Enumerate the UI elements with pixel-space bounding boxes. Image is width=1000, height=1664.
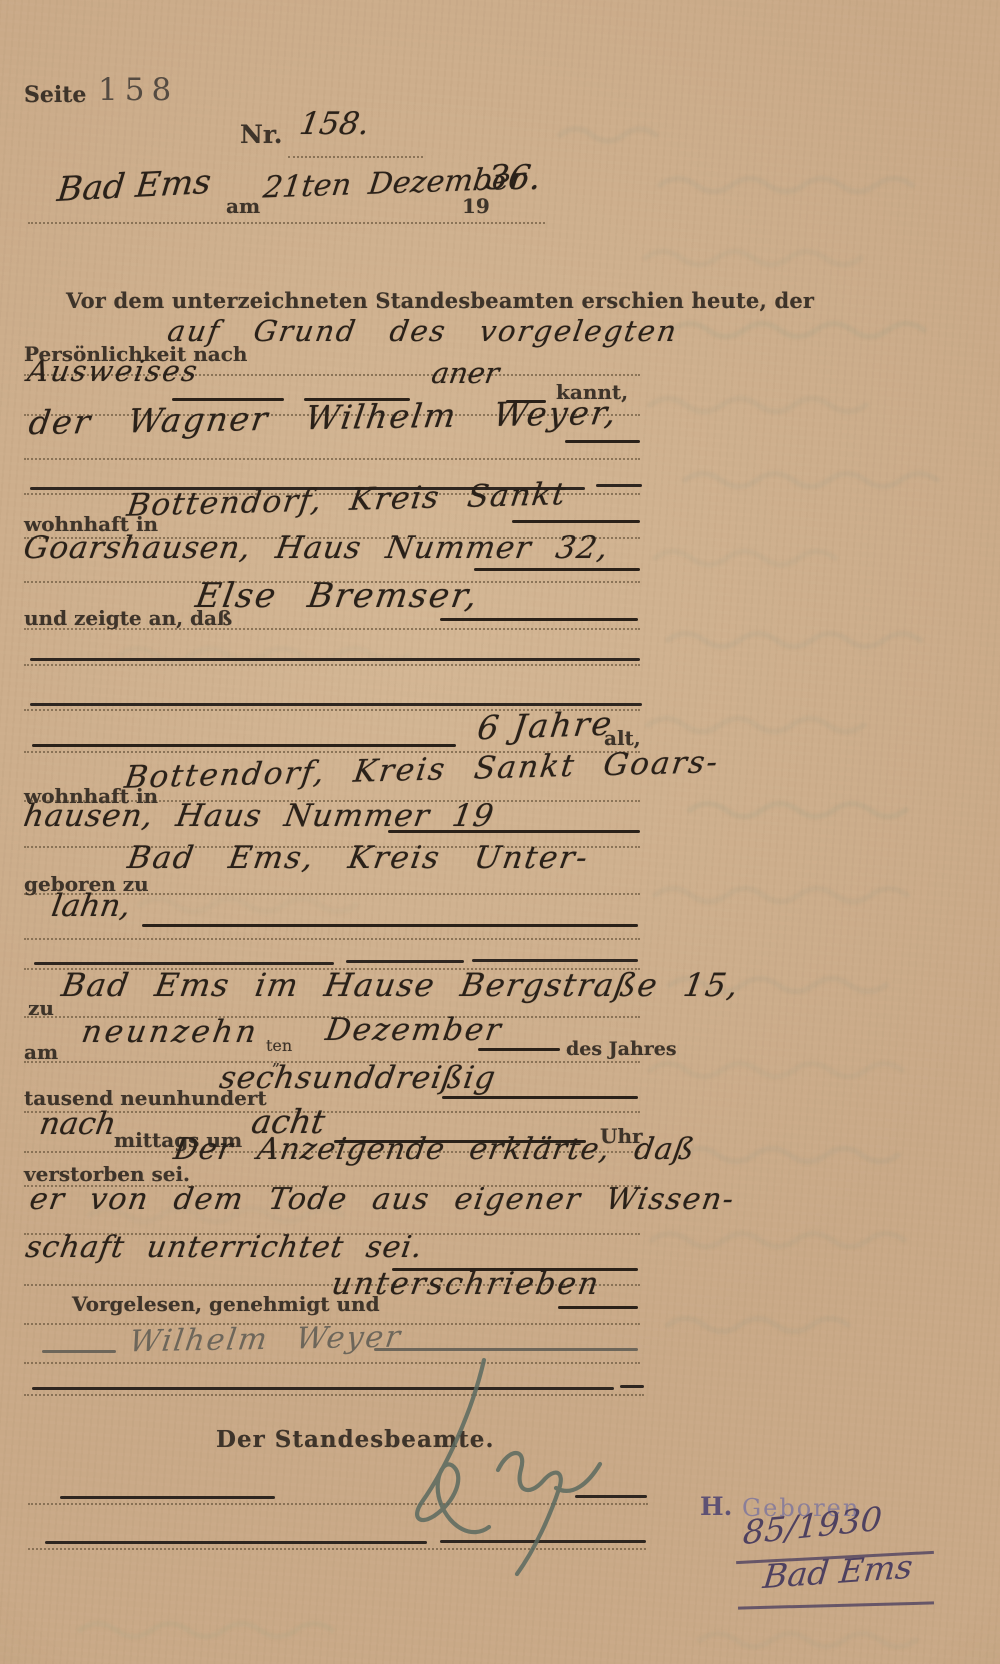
am-label: am xyxy=(226,194,260,218)
death-year-handwritten: sechsunddreißig xyxy=(217,1060,498,1096)
pen-stroke xyxy=(388,830,640,833)
ruled-solid-line xyxy=(30,658,640,661)
death-register-page: Seite 158 Nr. 158. Bad Ems am 21ten Deze… xyxy=(0,0,1000,1664)
am-label-row: am xyxy=(226,194,260,218)
place-row: Bad Ems xyxy=(58,166,210,206)
death-place-handwritten: Bad Ems im Hause Bergstraße 15, xyxy=(59,966,742,1004)
ruled-dotted-line xyxy=(28,1548,646,1550)
pen-stroke xyxy=(442,1096,638,1099)
registrar-signature xyxy=(386,1350,626,1590)
residence-line1-handwritten: Bottendorf, Kreis Sankt xyxy=(125,476,569,523)
deceased-residence-line2-handwritten: hausen, Haus Nummer 19 xyxy=(21,798,497,834)
pen-stroke xyxy=(474,568,640,571)
age-handwritten: 6 Jahre xyxy=(475,704,615,748)
birthplace-line1-row: Bad Ems, Kreis Unter- xyxy=(128,840,589,876)
identity-document-row: Ausweises xyxy=(28,354,199,388)
ruled-dotted-line xyxy=(288,156,423,158)
page-number: 158 xyxy=(98,72,178,108)
birthplace-line1-handwritten: Bad Ems, Kreis Unter- xyxy=(125,840,591,876)
ruled-dotted-line xyxy=(28,1503,648,1505)
death-day-handwritten: neunzehn xyxy=(79,1014,262,1050)
residence-line2-row: Goarshausen, Haus Nummer 32, xyxy=(24,530,608,566)
declaration-line1-handwritten: Der Anzeigende erklärte, daß xyxy=(171,1132,697,1167)
registrar-title-row: Der Standesbeamte. xyxy=(216,1426,494,1453)
ruled-dotted-line xyxy=(24,938,640,940)
stamp-underline xyxy=(738,1601,934,1609)
declarant-row: der Wagner Wilhelm Weyer, xyxy=(30,398,617,437)
death-day-row: neunzehn xyxy=(82,1014,259,1050)
year-handwritten: 36. xyxy=(484,158,544,198)
ruled-solid-line xyxy=(596,484,642,487)
place-handwritten: Bad Ems xyxy=(55,162,213,210)
declaration-line3-row: schaft unterrichtet sei. xyxy=(26,1230,423,1265)
deceased-residence-line2-row: hausen, Haus Nummer 19 xyxy=(24,798,494,834)
deceased-residence-line1-row: Bottendorf, Kreis Sankt Goars- xyxy=(126,752,718,788)
pen-stroke xyxy=(42,1350,116,1353)
declarant-signature: Wilhelm Weyer xyxy=(127,1320,404,1360)
birthplace-line2-row: lahn, xyxy=(52,888,130,924)
declaration-line2-handwritten: er von dem Tode aus eigener Wissen- xyxy=(27,1182,737,1217)
intro-row: Vor dem unterzeichneten Standesbeamten e… xyxy=(66,288,814,313)
ruled-solid-line xyxy=(575,1495,647,1498)
death-place-label-row: zu xyxy=(28,996,54,1020)
pen-stroke xyxy=(32,744,456,747)
pen-stroke xyxy=(142,924,638,927)
death-place-row: Bad Ems im Hause Bergstraße 15, xyxy=(62,966,739,1004)
page-label: Seite xyxy=(24,82,86,108)
stamp-reference-row: 85/1930 xyxy=(744,1506,881,1545)
identity-basis-row: auf Grund des vorgelegten xyxy=(168,314,678,348)
declaration-line2-row: er von dem Tode aus eigener Wissen- xyxy=(30,1182,734,1217)
time-prefix-row: nach xyxy=(40,1106,116,1142)
death-day-label: am xyxy=(24,1040,58,1064)
year-handwritten-row: 36. xyxy=(487,158,541,198)
residence-line2-handwritten: Goarshausen, Haus Nummer 32, xyxy=(21,530,611,566)
stamp-prefix-row: H. xyxy=(700,1492,732,1521)
year-label: des Jahres xyxy=(566,1038,677,1060)
deceased-name-row: Else Bremser, xyxy=(196,576,479,616)
ruled-solid-line xyxy=(45,1541,427,1544)
age-row: 6 Jahre xyxy=(478,706,613,745)
ruled-solid-line xyxy=(346,960,464,963)
ruled-dotted-line xyxy=(24,458,640,460)
residence-line1-row: Bottendorf, Kreis Sankt xyxy=(128,482,566,518)
identity-aner-row: aner xyxy=(432,356,499,390)
pen-stroke xyxy=(374,1348,638,1351)
death-month-row: Dezember xyxy=(326,1012,502,1048)
stamp-place: Bad Ems xyxy=(761,1547,914,1596)
deceased-residence-line1-handwritten: Bottendorf, Kreis Sankt Goars- xyxy=(122,744,721,795)
ruled-solid-line xyxy=(472,959,638,962)
page-number-stamp: 158 xyxy=(98,72,178,108)
deceased-name-handwritten: Else Bremser, xyxy=(193,576,482,616)
closing-handwritten-row: unterschrieben xyxy=(332,1266,600,1302)
ruled-solid-line xyxy=(60,1496,275,1499)
ruled-dotted-line xyxy=(28,222,545,224)
birthplace-line2-handwritten: lahn, xyxy=(49,888,133,924)
year-label-row: des Jahres xyxy=(566,1038,677,1060)
ruled-dotted-line xyxy=(24,1394,644,1396)
ruled-dotted-line xyxy=(24,664,640,666)
record-number-row: Nr. xyxy=(240,120,282,149)
ruled-solid-line xyxy=(440,1540,646,1543)
stamp-prefix: H. xyxy=(700,1492,732,1521)
pen-stroke xyxy=(478,1048,560,1051)
page-number-row: Seite xyxy=(24,82,86,108)
pen-stroke xyxy=(512,520,640,523)
time-prefix-handwritten: nach xyxy=(37,1106,118,1142)
death-day-label-row: am xyxy=(24,1040,58,1064)
ruled-solid-line xyxy=(32,1387,614,1390)
pen-stroke xyxy=(440,618,638,621)
declarant-signature-row: Wilhelm Weyer xyxy=(130,1322,401,1357)
death-month-handwritten: Dezember xyxy=(323,1012,505,1048)
stamp-reference: 85/1930 xyxy=(742,1499,884,1552)
pen-stroke xyxy=(558,1306,638,1309)
ruled-solid-line xyxy=(620,1385,644,1388)
ruled-solid-line xyxy=(34,962,334,965)
closing-handwritten: unterschrieben xyxy=(329,1266,603,1302)
death-place-label: zu xyxy=(28,996,54,1020)
death-year-row: sechsunddreißig xyxy=(220,1060,496,1096)
declarant-handwritten: der Wagner Wilhelm Weyer, xyxy=(26,393,620,442)
identity-basis-handwritten: auf Grund des vorgelegten xyxy=(165,314,680,348)
stamp-place-row: Bad Ems xyxy=(764,1552,912,1591)
identity-aner-handwritten: aner xyxy=(429,356,501,390)
ruled-dotted-line xyxy=(24,1362,640,1364)
record-no-label: Nr. xyxy=(240,120,282,149)
pen-stroke xyxy=(565,440,640,443)
record-no-value: 158. xyxy=(297,106,372,142)
declaration-line1-row: Der Anzeigende erklärte, daß xyxy=(174,1132,695,1167)
declaration-line3-handwritten: schaft unterrichtet sei. xyxy=(23,1230,425,1265)
intro-text: Vor dem unterzeichneten Standesbeamten e… xyxy=(66,288,814,313)
identity-document-handwritten: Ausweises xyxy=(25,354,201,388)
registrar-title: Der Standesbeamte. xyxy=(216,1426,494,1453)
record-number-value-row: 158. xyxy=(300,106,369,142)
